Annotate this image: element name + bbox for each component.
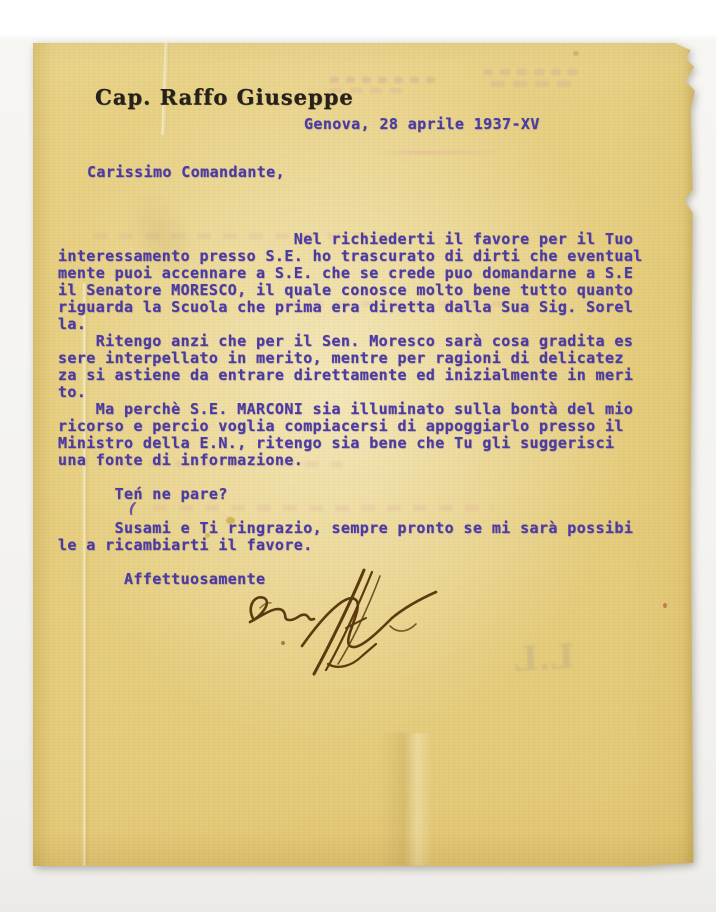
letter-body-text: Nel richiederti il favore per il Tuo int…: [58, 231, 643, 588]
letter-sheet-wrapper: L.L Cap. Raffo Giuseppe Genova, 28 april…: [33, 43, 696, 866]
paper-stain: [663, 603, 667, 608]
paper-fold-bottom: [381, 733, 433, 866]
handwritten-signature: [240, 568, 450, 686]
letter-page: L.L Cap. Raffo Giuseppe Genova, 28 april…: [33, 43, 696, 866]
scanner-background: { "letter": { "letterhead_name": "Cap. R…: [0, 0, 716, 912]
ink-bleed-ghost-mirrored-text: L.L: [483, 637, 577, 712]
ink-bleed-ghost-underline: [379, 149, 507, 157]
date-line: Genova, 28 aprile 1937-XV: [304, 115, 540, 133]
letterhead-name: Cap. Raffo Giuseppe: [95, 84, 354, 110]
paper-stain: [573, 51, 579, 56]
salutation: Carissimo Comandante,: [87, 163, 285, 181]
ink-bleed-ghost-top-b: [483, 67, 579, 93]
